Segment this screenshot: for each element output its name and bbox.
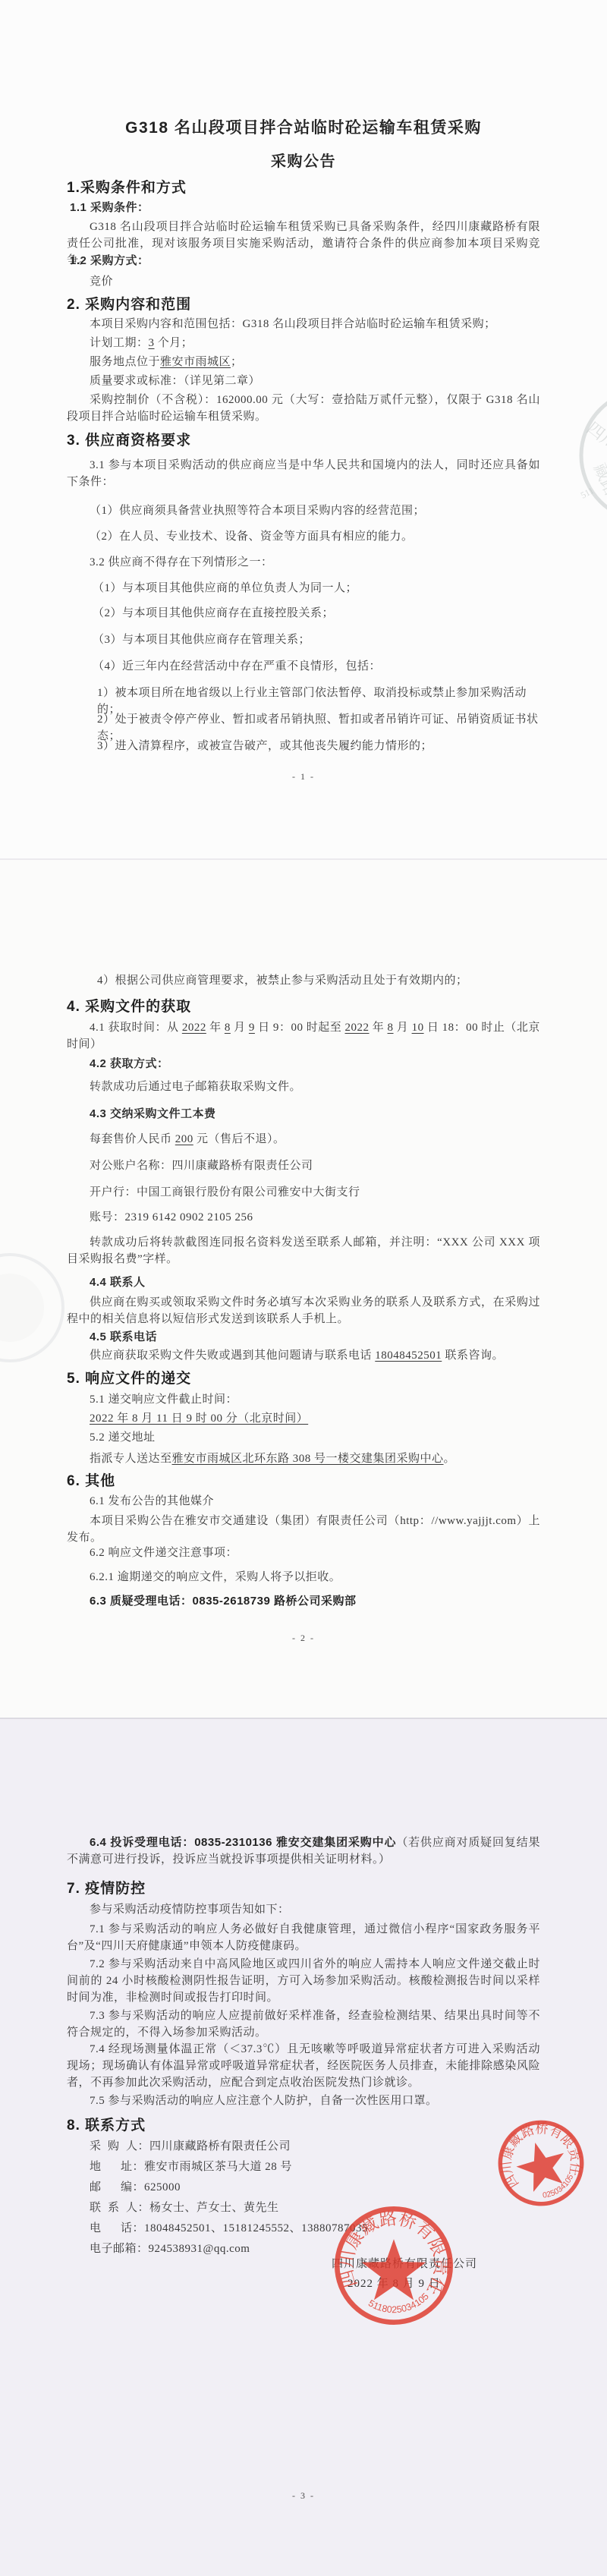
- para-2-price: 采购控制价（不含税）：162000.00 元（大写：壹拾陆万贰仟元整），仅限于 …: [67, 392, 540, 425]
- t: 年: [370, 1022, 388, 1034]
- heading-5: 5. 响应文件的递交: [67, 1367, 540, 1387]
- u-day2: 10: [412, 1022, 424, 1034]
- label-5-1: 5.1 递交响应文件截止时间：: [90, 1391, 540, 1408]
- para-7-5: 7.5 参与采购活动的响应人应注意个人防护，自备一次性医用口罩。: [90, 2093, 540, 2109]
- para-4-2-body: 转款成功后通过电子邮箱获取采购文件。: [90, 1079, 540, 1095]
- t: 供应商获取采购文件失败或遇到其他问题请与联系电话: [90, 1349, 375, 1362]
- para-4-4-body: 供应商在购买或领取采购文件时务必填写本次采购业务的联系人及联系方式，在采购过程中…: [67, 1294, 540, 1327]
- doc-title-line2: 采购公告: [0, 149, 607, 171]
- para-2-location: 服务地点位于雅安市雨城区；: [90, 354, 540, 370]
- heading-8: 8. 联系方式: [67, 2114, 540, 2134]
- location-value: 雅安市雨城区: [160, 356, 231, 368]
- para-4-3-price: 每套售价人民币 200 元（售后不退）。: [90, 1131, 540, 1148]
- label-5-2: 5.2 递交地址: [90, 1429, 540, 1446]
- t: 元（售后不退）。: [193, 1133, 285, 1145]
- u-day1: 9: [249, 1022, 255, 1034]
- heading-1: 1.采购条件和方式: [67, 176, 540, 197]
- gray-seal-ring: [581, 390, 607, 521]
- label-6-1: 6.1 发布公告的其他媒介: [90, 1493, 540, 1510]
- bleedthrough-seal-page2: [0, 1251, 67, 1365]
- label-4-4: 4.4 联系人: [90, 1274, 540, 1291]
- page-1: G318 名山段项目拌合站临时砼运输车租赁采购 采购公告 1.采购条件和方式 1…: [0, 0, 607, 858]
- para-5-1-time: 2022 年 8 月 11 日 9 时 00 分（北京时间）: [90, 1410, 540, 1427]
- para-6-3: 6.3 质疑受理电话：0835-2618739 路桥公司采购部: [90, 1593, 540, 1610]
- label-4-2: 4.2 获取方式：: [90, 1056, 540, 1072]
- para-3-2-4-4: 4）根据公司供应商管理要求，被禁止参与采购活动且处于有效期内的；: [97, 972, 540, 989]
- para-4-5-body: 供应商获取采购文件失败或遇到其他问题请与联系电话 18048452501 联系咨…: [67, 1347, 540, 1364]
- u-year2: 2022: [345, 1022, 370, 1034]
- contact-zipcode: 邮 编：625000: [90, 2179, 540, 2196]
- page-number-2: - 2 -: [0, 1633, 607, 1644]
- duration-post: 个月；: [155, 337, 193, 349]
- para-3-1-1: （1）供应商须具备营业执照等符合本项目采购内容的经营范围；: [90, 502, 540, 519]
- contact-person: 联 系 人：杨女士、芦女士、黄先生: [90, 2200, 540, 2216]
- label-1-1: 1.1 采购条件：: [70, 200, 543, 216]
- heading-2: 2. 采购内容和范围: [67, 293, 540, 313]
- para-3-2: 3.2 供应商不得存在下列情形之一：: [90, 554, 540, 571]
- para-3-2-4-3: 3）进入清算程序，或被宣告破产，或其他丧失履约能力情形的；: [97, 738, 540, 754]
- heading-7: 7. 疫情防控: [67, 1877, 540, 1897]
- t: 年: [206, 1022, 225, 1034]
- para-4-1: 4.1 获取时间：从 2022 年 8 月 9 日 9：00 时起至 2022 …: [67, 1019, 540, 1053]
- t: 日 9：00 时起至: [255, 1022, 345, 1034]
- para-7-2: 7.2 参与采购活动来自中高风险地区或四川省外的响应人需持本人响应文件递交截止时…: [67, 1956, 540, 2006]
- scanned-document: G318 名山段项目拌合站临时砼运输车租赁采购 采购公告 1.采购条件和方式 1…: [0, 0, 607, 2576]
- label-4-3: 4.3 交纳采购文件工本费: [90, 1106, 540, 1123]
- para-3-2-1: （1）与本项目其他供应商的单位负责人为同一人；: [93, 580, 543, 597]
- para-7-1: 7.1 参与采购活动的响应人务必做好自我健康管理，通过微信小程序“国家政务服务平…: [67, 1921, 540, 1954]
- contact-buyer: 采 购 人：四川康藏路桥有限责任公司: [90, 2138, 540, 2155]
- location-pre: 服务地点位于: [90, 356, 160, 368]
- para-6-4-lead: 6.4 投诉受理电话：0835-2310136 雅安交建集团采购中心: [90, 1836, 396, 1849]
- bleedthrough-seal-page1: 四川康 藏路 511: [563, 383, 607, 527]
- t: 指派专人送达至: [90, 1453, 172, 1465]
- page-number-1: - 1 -: [0, 771, 607, 783]
- t: 月: [231, 1022, 249, 1034]
- para-4-3-account: 对公账户名称：四川康藏路桥有限责任公司: [90, 1157, 540, 1174]
- page-number-3: - 3 -: [0, 2490, 607, 2502]
- para-2-quality: 质量要求或标准：（详见第二章）: [90, 373, 540, 389]
- u-year1: 2022: [182, 1022, 206, 1034]
- para-3-1: 3.1 参与本项目采购活动的供应商应当是中华人民共和国境内的法人，同时还应具备如…: [67, 457, 540, 490]
- t: 4.1 获取时间：从: [90, 1022, 182, 1034]
- para-6-4: 6.4 投诉受理电话：0835-2310136 雅安交建集团采购中心（若供应商对…: [67, 1834, 540, 1868]
- duration-pre: 计划工期：: [90, 337, 149, 349]
- para-6-2-1: 6.2.1 逾期递交的响应文件，采购人将予以拒收。: [90, 1569, 540, 1586]
- t: 联系咨询。: [442, 1349, 504, 1362]
- t: 每套售价人民币: [90, 1133, 175, 1145]
- u-month1: 8: [225, 1022, 231, 1034]
- para-2-scope: 本项目采购内容和范围包括：G318 名山段项目拌合站临时砼运输车租赁采购；: [67, 316, 540, 332]
- heading-3: 3. 供应商资格要求: [67, 429, 540, 449]
- para-7-intro: 参与采购活动疫情防控事项告知如下：: [90, 1901, 540, 1918]
- u-phone: 18048452501: [375, 1349, 442, 1362]
- label-6-2: 6.2 响应文件递交注意事项：: [90, 1545, 540, 1561]
- label-1-2: 1.2 采购方式：: [70, 253, 543, 269]
- para-3-2-4: （4）近三年内在经营活动中存在严重不良情形，包括：: [93, 658, 543, 675]
- seal-star: [362, 2239, 426, 2300]
- para-4-3-bank: 开户行：中国工商银行股份有限公司雅安中大街支行: [90, 1184, 540, 1201]
- u-address: 雅安市雨城区北环东路 308 号一楼交建集团采购中心: [172, 1453, 444, 1465]
- u-month2: 8: [388, 1022, 394, 1034]
- para-3-1-2: （2）在人员、专业技术、设备、资金等方面具有相应的能力。: [90, 528, 540, 545]
- para-7-3: 7.3 参与采购活动的响应人应提前做好采样准备，经查验检测结果、结果出具时间等不…: [67, 2008, 540, 2041]
- t: 月: [394, 1022, 412, 1034]
- para-3-2-2: （2）与本项目其他供应商存在直接控股关系；: [93, 605, 543, 622]
- gray-seal-code: 511: [579, 485, 596, 501]
- para-4-3-note: 转款成功后将转款截图连同报名资料发送至联系人邮箱，并注明：“XXX 公司 XXX…: [67, 1234, 540, 1268]
- contact-address: 地 址：雅安市雨城区茶马大道 28 号: [90, 2159, 540, 2175]
- para-2-duration: 计划工期：3 个月；: [90, 335, 540, 351]
- company-seal: 四川康藏路桥有限责任公司 5118025034105: [331, 2203, 457, 2329]
- para-4-3-number: 账号：2319 6142 0902 2105 256: [90, 1209, 540, 1226]
- contact-phone: 电 话：18048452501、15181245552、13880787035: [90, 2220, 540, 2237]
- duration-value: 3: [149, 337, 155, 349]
- page-2: 4）根据公司供应商管理要求，被禁止参与采购活动且处于有效期内的； 4. 采购文件…: [0, 858, 607, 1719]
- heading-6: 6. 其他: [67, 1469, 540, 1490]
- page-3: 6.4 投诉受理电话：0835-2310136 雅安交建集团采购中心（若供应商对…: [0, 1718, 607, 2576]
- para-6-1-body: 本项目采购公告在雅安市交通建设（集团）有限责任公司（http：//www.yaj…: [67, 1513, 540, 1546]
- location-post: ；: [231, 356, 243, 368]
- u-price: 200: [175, 1133, 193, 1145]
- para-7-4: 7.4 经现场测量体温正常（＜37.3℃）且无咳嗽等呼吸道异常症状者方可进入采购…: [67, 2041, 540, 2091]
- t: 。: [444, 1453, 456, 1465]
- para-1-2-value: 竞价: [90, 273, 540, 290]
- para-5-2-body: 指派专人送达至雅安市雨城区北环东路 308 号一楼交建集团采购中心。: [90, 1450, 540, 1467]
- faint-seal-smudge: [0, 1274, 44, 1342]
- para-3-2-3: （3）与本项目其他供应商存在管理关系；: [93, 631, 543, 648]
- label-4-5: 4.5 联系电话: [90, 1329, 540, 1346]
- heading-4: 4. 采购文件的获取: [67, 995, 540, 1016]
- doc-title-line1: G318 名山段项目拌合站临时砼运输车租赁采购: [0, 115, 607, 138]
